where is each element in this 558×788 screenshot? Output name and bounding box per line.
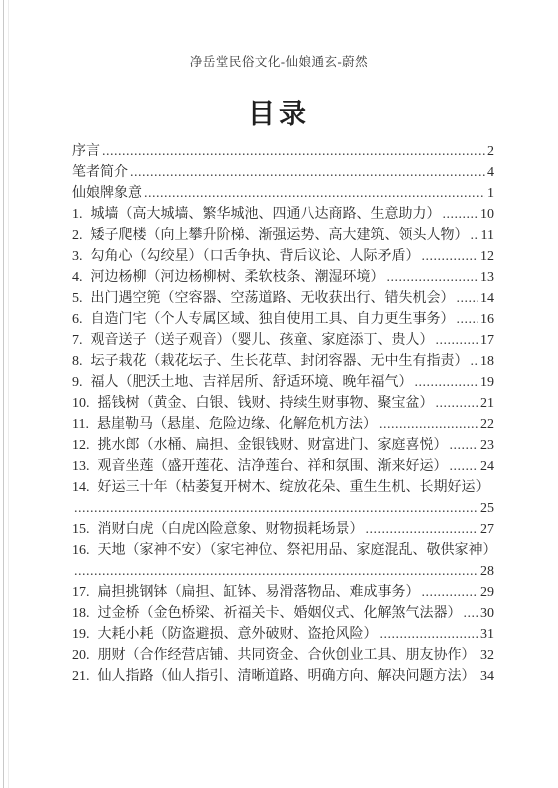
toc-entry-2[interactable]: 2.矮子爬楼（向上攀升阶梯、渐强运势、高大建筑、领头人物）...........… <box>72 225 494 246</box>
toc-entry-14-line2[interactable]: ........................................… <box>72 498 494 519</box>
toc-entry-title: 勾角心（勾绞星）（口舌争执、背后议论、人际矛盾） <box>91 246 420 267</box>
toc-page-number: 13 <box>480 267 494 288</box>
toc-page-number: 4 <box>487 162 494 183</box>
toc-page-number: 31 <box>480 624 494 645</box>
page-title: 目录 <box>0 97 558 131</box>
toc-entry-6[interactable]: 6.自造门宅（个人专属区域、独自使用工具、自力更生事务）............… <box>72 309 494 330</box>
toc-entry-title: 仙娘牌象意 <box>72 183 142 204</box>
toc-entry-number: 14. <box>72 477 98 498</box>
toc-entry-number: 13. <box>72 456 98 477</box>
toc-entry-title: 仙人指路（仙人指引、清晰道路、明确方向、解决问题方法） <box>98 666 476 687</box>
dotted-leader: ........................................… <box>380 624 479 645</box>
toc-entry-number: 7. <box>72 330 91 351</box>
toc-page-number: 10 <box>480 204 494 225</box>
toc-page-number: 12 <box>480 246 494 267</box>
toc-entry-number: 15. <box>72 519 98 540</box>
toc-entry-number: 5. <box>72 288 91 309</box>
toc-page-number: 24 <box>480 456 494 477</box>
toc-entry-title: 天地（家神不安）（家宅神位、祭祀用品、家庭混乱、敬供家神） <box>98 540 497 561</box>
toc-entry-title: 悬崖勒马（悬崖、危险边缘、化解危机方法） <box>97 414 377 435</box>
toc-entry-16-line1[interactable]: 16.天地（家神不安）（家宅神位、祭祀用品、家庭混乱、敬供家神） <box>72 540 494 561</box>
toc-entry-number: 18. <box>72 603 98 624</box>
toc-page-number: 30 <box>480 603 494 624</box>
toc-entry-19[interactable]: 19.大耗小耗（防盗避损、意外破财、盗抢风险）.................… <box>72 624 494 645</box>
toc-entry-number: 11. <box>72 414 97 435</box>
toc-entry-number: 16. <box>72 540 98 561</box>
document-page: 净岳堂民俗文化-仙娘通玄-蔚然 目录 序言...................… <box>0 0 558 788</box>
toc-page-number: 22 <box>480 414 494 435</box>
toc-entry-title: 好运三十年（枯萎复开树木、绽放花朵、重生生机、长期好运） <box>98 477 490 498</box>
toc-page-number: 27 <box>480 519 494 540</box>
toc-page-number: 14 <box>480 288 494 309</box>
dotted-leader: ........................................… <box>144 183 485 204</box>
toc-entry-front-0[interactable]: 序言......................................… <box>72 141 494 162</box>
dotted-leader: ........................................… <box>74 498 478 519</box>
toc-page-number: 28 <box>480 561 494 582</box>
toc-entry-title: 挑水郎（水桶、扁担、金银钱财、财富进门、家庭喜悦） <box>98 435 448 456</box>
toc-page-number: 34 <box>480 666 494 687</box>
toc-entry-number: 6. <box>72 309 91 330</box>
scan-edge-line <box>3 0 4 788</box>
toc-entry-13[interactable]: 13.观音坐莲（盛开莲花、洁净莲台、祥和氛围、渐来好运）............… <box>72 456 494 477</box>
toc-entry-number: 2. <box>72 225 91 246</box>
toc-entry-title: 河边杨柳（河边杨柳树、柔软枝条、潮湿环境） <box>91 267 385 288</box>
toc-entry-number: 1. <box>72 204 91 225</box>
dotted-leader: ........................................… <box>464 603 479 624</box>
toc-entry-17[interactable]: 17.扁担挑钢钵（扁担、缸钵、易滑落物品、难成事务）..............… <box>72 582 494 603</box>
toc-entry-21[interactable]: 21.仙人指路（仙人指引、清晰道路、明确方向、解决问题方法）34 <box>72 666 494 687</box>
dotted-leader: ........................................… <box>422 246 479 267</box>
toc-entry-8[interactable]: 8.坛子栽花（栽花坛子、生长花草、封闭容器、无中生有指责）...........… <box>72 351 494 372</box>
dotted-leader: ........................................… <box>457 309 479 330</box>
toc-entry-number: 3. <box>72 246 91 267</box>
toc-entry-number: 8. <box>72 351 91 372</box>
toc-entry-number: 10. <box>72 393 98 414</box>
toc-page-number: 2 <box>487 141 494 162</box>
toc-entry-3[interactable]: 3.勾角心（勾绞星）（口舌争执、背后议论、人际矛盾）..............… <box>72 246 494 267</box>
toc-entry-title: 序言 <box>72 141 100 162</box>
toc-entry-18[interactable]: 18.过金桥（金色桥梁、祈福关卡、婚姻仪式、化解煞气法器）...........… <box>72 603 494 624</box>
toc-entry-title: 城墙（高大城墙、繁华城池、四通八达商路、生意助力） <box>91 204 441 225</box>
toc-entry-20[interactable]: 20.朋财（合作经营店铺、共同资金、合伙创业工具、朋友协作）32 <box>72 645 494 666</box>
dotted-leader: ........................................… <box>436 330 479 351</box>
toc-entry-title: 观音送子（送子观音）（婴儿、孩童、家庭添丁、贵人） <box>91 330 434 351</box>
toc-entry-number: 19. <box>72 624 98 645</box>
dotted-leader: ........................................… <box>471 225 479 246</box>
toc-entry-5[interactable]: 5.出门遇空篼（空容器、空荡道路、无收获出行、错失机会）............… <box>72 288 494 309</box>
toc-entry-title: 大耗小耗（防盗避损、意外破财、盗抢风险） <box>98 624 378 645</box>
toc-entry-4[interactable]: 4.河边杨柳（河边杨柳树、柔软枝条、潮湿环境）.................… <box>72 267 494 288</box>
dotted-leader: ........................................… <box>436 393 479 414</box>
toc-entry-title: 扁担挑钢钵（扁担、缸钵、易滑落物品、难成事务） <box>98 582 420 603</box>
scan-edge-line-faint <box>8 0 9 788</box>
toc-entry-15[interactable]: 15.消财白虎（白虎凶险意象、财物损耗场景）..................… <box>72 519 494 540</box>
toc-page-number: 25 <box>480 498 494 519</box>
dotted-leader: ........................................… <box>450 456 479 477</box>
dotted-leader: ........................................… <box>415 372 479 393</box>
toc-entry-1[interactable]: 1.城墙（高大城墙、繁华城池、四通八达商路、生意助力）.............… <box>72 204 494 225</box>
toc-entry-14-line1[interactable]: 14.好运三十年（枯萎复开树木、绽放花朵、重生生机、长期好运） <box>72 477 494 498</box>
toc-page-number: 11 <box>481 225 494 246</box>
dotted-leader: ........................................… <box>471 351 479 372</box>
dotted-leader: ........................................… <box>387 267 479 288</box>
toc-entry-title: 过金桥（金色桥梁、祈福关卡、婚姻仪式、化解煞气法器） <box>98 603 462 624</box>
toc-entry-front-2[interactable]: 仙娘牌象意...................................… <box>72 183 494 204</box>
toc-entry-12[interactable]: 12.挑水郎（水桶、扁担、金银钱财、财富进门、家庭喜悦）............… <box>72 435 494 456</box>
toc-page-number: 18 <box>480 351 494 372</box>
toc-entry-title: 摇钱树（黄金、白银、钱财、持续生财事物、聚宝盆） <box>98 393 434 414</box>
toc-entry-title: 朋财（合作经营店铺、共同资金、合伙创业工具、朋友协作） <box>98 645 476 666</box>
dotted-leader: ........................................… <box>443 204 479 225</box>
toc-page-number: 1 <box>487 183 494 204</box>
toc-entry-number: 20. <box>72 645 98 666</box>
toc-entry-title: 观音坐莲（盛开莲花、洁净莲台、祥和氛围、渐来好运） <box>98 456 448 477</box>
toc-page-number: 21 <box>480 393 494 414</box>
toc-entry-9[interactable]: 9.福人（肥沃土地、吉祥居所、舒适环境、晚年福气）...............… <box>72 372 494 393</box>
dotted-leader: ........................................… <box>450 435 479 456</box>
dotted-leader: ........................................… <box>457 288 479 309</box>
dotted-leader: ........................................… <box>74 561 478 582</box>
toc-entry-title: 笔者简介 <box>72 162 128 183</box>
toc-entry-number: 17. <box>72 582 98 603</box>
toc-entry-title: 自造门宅（个人专属区域、独自使用工具、自力更生事务） <box>91 309 455 330</box>
toc-entry-title: 坛子栽花（栽花坛子、生长花草、封闭容器、无中生有指责） <box>91 351 469 372</box>
dotted-leader: ........................................… <box>130 162 485 183</box>
toc-page-number: 32 <box>480 645 494 666</box>
toc-page-number: 23 <box>480 435 494 456</box>
toc-entry-number: 9. <box>72 372 91 393</box>
document-header: 净岳堂民俗文化-仙娘通玄-蔚然 <box>0 55 558 70</box>
toc-page-number: 17 <box>480 330 494 351</box>
toc-page-number: 19 <box>480 372 494 393</box>
toc-entry-number: 12. <box>72 435 98 456</box>
toc-page-number: 16 <box>480 309 494 330</box>
toc-entry-16-line2[interactable]: ........................................… <box>72 561 494 582</box>
toc-entry-10[interactable]: 10.摇钱树（黄金、白银、钱财、持续生财事物、聚宝盆）.............… <box>72 393 494 414</box>
toc-entry-title: 矮子爬楼（向上攀升阶梯、渐强运势、高大建筑、领头人物） <box>91 225 469 246</box>
toc-entry-11[interactable]: 11.悬崖勒马（悬崖、危险边缘、化解危机方法）.................… <box>72 414 494 435</box>
toc-entry-7[interactable]: 7.观音送子（送子观音）（婴儿、孩童、家庭添丁、贵人）.............… <box>72 330 494 351</box>
dotted-leader: ........................................… <box>366 519 479 540</box>
dotted-leader: ........................................… <box>379 414 478 435</box>
dotted-leader: ........................................… <box>422 582 479 603</box>
toc-entry-front-1[interactable]: 笔者简介....................................… <box>72 162 494 183</box>
toc-list: 序言......................................… <box>72 141 494 687</box>
toc-entry-number: 21. <box>72 666 98 687</box>
toc-page-number: 29 <box>480 582 494 603</box>
toc-entry-title: 出门遇空篼（空容器、空荡道路、无收获出行、错失机会） <box>91 288 455 309</box>
toc-entry-title: 消财白虎（白虎凶险意象、财物损耗场景） <box>98 519 364 540</box>
toc-entry-number: 4. <box>72 267 91 288</box>
toc-entry-title: 福人（肥沃土地、吉祥居所、舒适环境、晚年福气） <box>91 372 413 393</box>
dotted-leader: ........................................… <box>102 141 485 162</box>
